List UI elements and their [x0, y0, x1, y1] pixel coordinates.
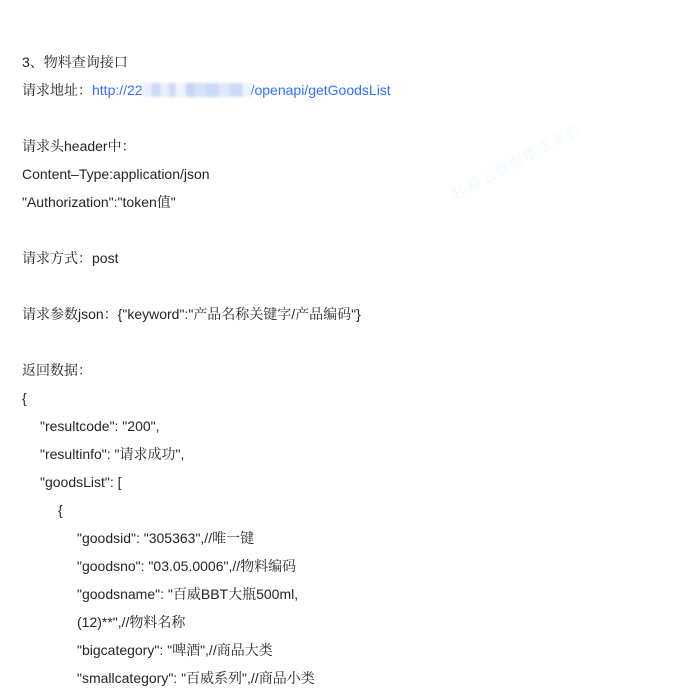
redacted-host	[143, 83, 251, 97]
goods-field-bigcategory: "bigcategory": "啤酒",//商品大类	[22, 636, 690, 664]
response-goodslist: "goodsList": [	[22, 468, 690, 496]
spacer	[22, 216, 690, 244]
header-content-type: Content–Type:application/json	[22, 160, 690, 188]
response-resultinfo: "resultinfo": "请求成功",	[22, 440, 690, 468]
request-url-link[interactable]: http://22/openapi/getGoodsList	[92, 82, 391, 98]
response-title: 返回数据：	[22, 356, 690, 384]
headers-title: 请求头header中：	[22, 132, 690, 160]
response-resultcode: "resultcode": "200",	[22, 412, 690, 440]
document-body: 3、物料查询接口 请求地址：http://22/openapi/getGoods…	[22, 48, 690, 692]
spacer	[22, 272, 690, 300]
spacer	[22, 328, 690, 356]
section-title: 3、物料查询接口	[22, 48, 690, 76]
request-method: 请求方式：post	[22, 244, 690, 272]
goods-field-goodsno: "goodsno": "03.05.0006",//物料编码	[22, 552, 690, 580]
request-url-prefix: http://22	[92, 82, 143, 98]
request-url-line: 请求地址：http://22/openapi/getGoodsList	[22, 76, 690, 104]
goods-field-smallcategory: "smallcategory": "百威系列",//商品小类	[22, 664, 690, 692]
header-authorization: "Authorization":"token值"	[22, 188, 690, 216]
goods-field-goodsid: "goodsid": "305363",//唯一键	[22, 524, 690, 552]
goods-field-goodsname: "goodsname": "百威BBT大瓶500ml,	[22, 580, 690, 608]
goods-item-open-brace: {	[22, 496, 690, 524]
response-open-brace: {	[22, 384, 690, 412]
request-params: 请求参数json：{"keyword":"产品名称关键字/产品编码"}	[22, 300, 690, 328]
request-url-label: 请求地址：	[22, 82, 92, 98]
spacer	[22, 104, 690, 132]
goods-field-goodsname-cont: (12)**",//物料名称	[22, 608, 690, 636]
request-url-suffix: /openapi/getGoodsList	[251, 82, 391, 98]
